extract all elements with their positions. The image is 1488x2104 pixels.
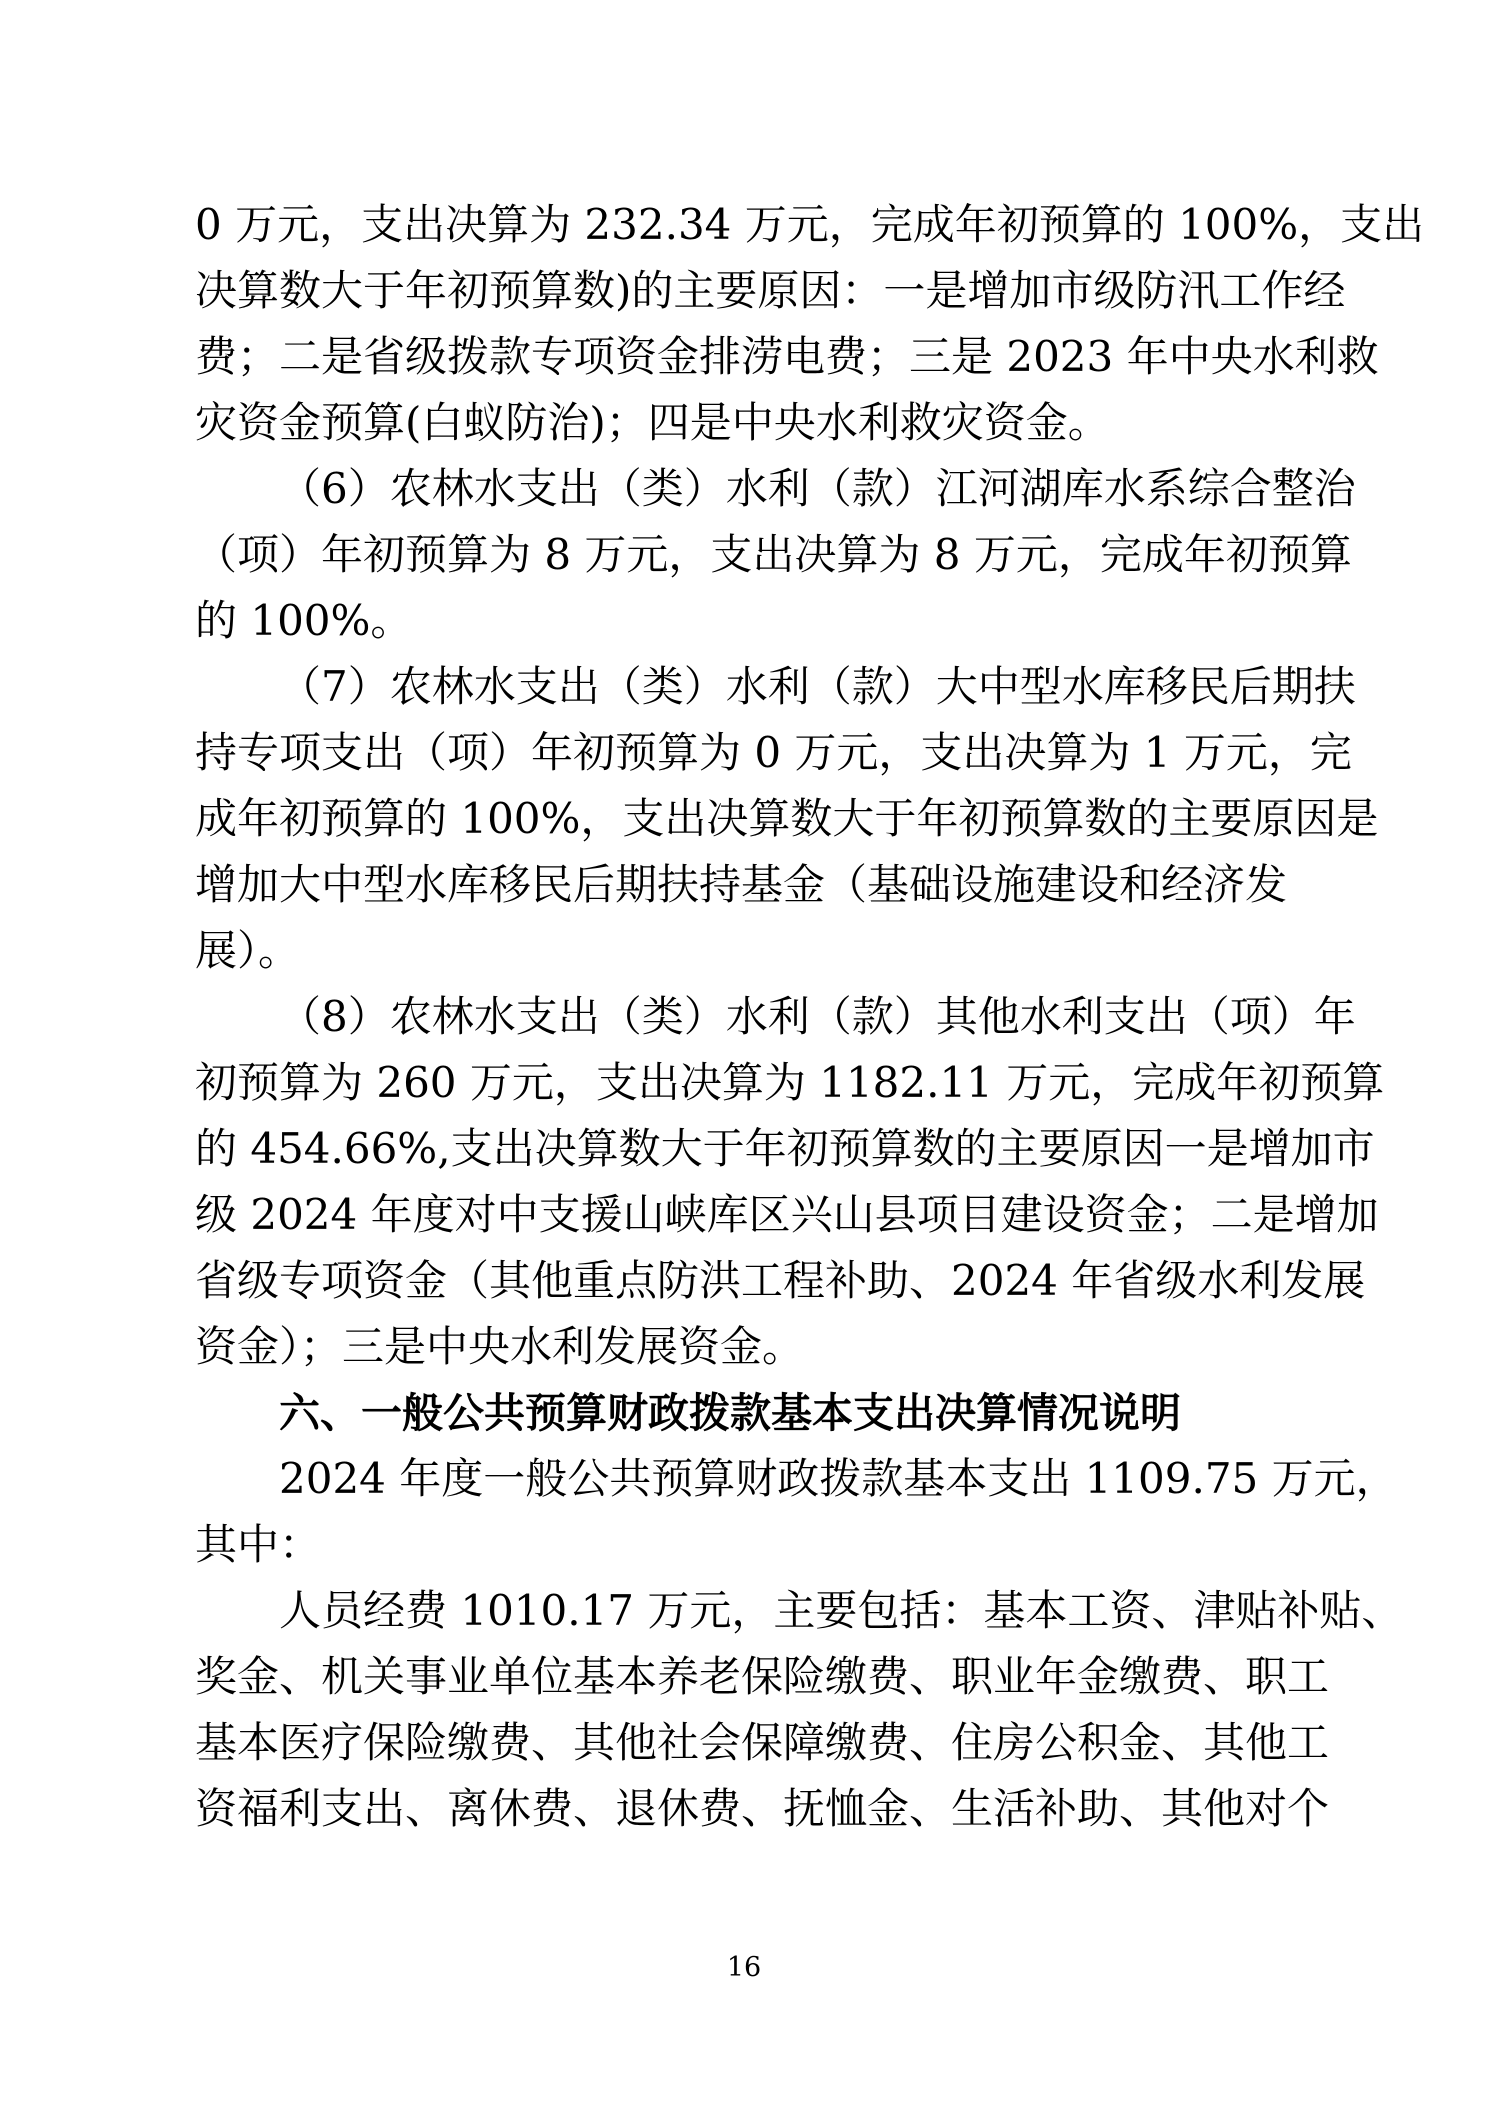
page-number: 16 [0, 1950, 1488, 1986]
text-line: 资金）；三是中央水利发展资金。 [195, 1314, 1293, 1380]
text-line: 的 100%。 [195, 588, 1293, 654]
text-line: （项）年初预算为 8 万元，支出决算为 8 万元，完成年初预算 [195, 522, 1293, 588]
text-line: 0 万元，支出决算为 232.34 万元，完成年初预算的 100%，支出 [195, 192, 1293, 258]
item-7-first-line: （7）农林水支出（类）水利（款）大中型水库移民后期扶 [195, 654, 1293, 720]
item-8-first-line: （8）农林水支出（类）水利（款）其他水利支出（项）年 [195, 984, 1293, 1050]
document-page: 0 万元，支出决算为 232.34 万元，完成年初预算的 100%，支出 决算数… [0, 0, 1488, 2104]
text-line: 费；二是省级拨款专项资金排涝电费；三是 2023 年中央水利救 [195, 324, 1293, 390]
text-line: 展）。 [195, 918, 1293, 984]
section-six-heading: 六、一般公共预算财政拨款基本支出决算情况说明 [195, 1380, 1293, 1446]
item-6-first-line: （6）农林水支出（类）水利（款）江河湖库水系综合整治 [195, 456, 1293, 522]
text-line: 资福利支出、离休费、退休费、抚恤金、生活补助、其他对个 [195, 1776, 1293, 1842]
text-line: 灾资金预算(白蚁防治)；四是中央水利救灾资金。 [195, 390, 1293, 456]
text-line: 的 454.66%,支出决算数大于年初预算数的主要原因一是增加市 [195, 1116, 1293, 1182]
text-line: 省级专项资金（其他重点防洪工程补助、2024 年省级水利发展 [195, 1248, 1293, 1314]
text-line: 奖金、机关事业单位基本养老保险缴费、职业年金缴费、职工 [195, 1644, 1293, 1710]
text-line: 基本医疗保险缴费、其他社会保障缴费、住房公积金、其他工 [195, 1710, 1293, 1776]
text-line: 初预算为 260 万元，支出决算为 1182.11 万元，完成年初预算 [195, 1050, 1293, 1116]
text-line: 2024 年度一般公共预算财政拨款基本支出 1109.75 万元， [195, 1446, 1293, 1512]
text-line: 其中： [195, 1512, 1293, 1578]
text-line: 人员经费 1010.17 万元，主要包括：基本工资、津贴补贴、 [195, 1578, 1293, 1644]
text-line: 增加大中型水库移民后期扶持基金（基础设施建设和经济发 [195, 852, 1293, 918]
text-line: 级 2024 年度对中支援山峡库区兴山县项目建设资金；二是增加 [195, 1182, 1293, 1248]
document-body: 0 万元，支出决算为 232.34 万元，完成年初预算的 100%，支出 决算数… [195, 192, 1293, 1842]
text-line: 成年初预算的 100%，支出决算数大于年初预算数的主要原因是 [195, 786, 1293, 852]
text-line: 决算数大于年初预算数)的主要原因：一是增加市级防汛工作经 [195, 258, 1293, 324]
text-line: 持专项支出（项）年初预算为 0 万元，支出决算为 1 万元，完 [195, 720, 1293, 786]
